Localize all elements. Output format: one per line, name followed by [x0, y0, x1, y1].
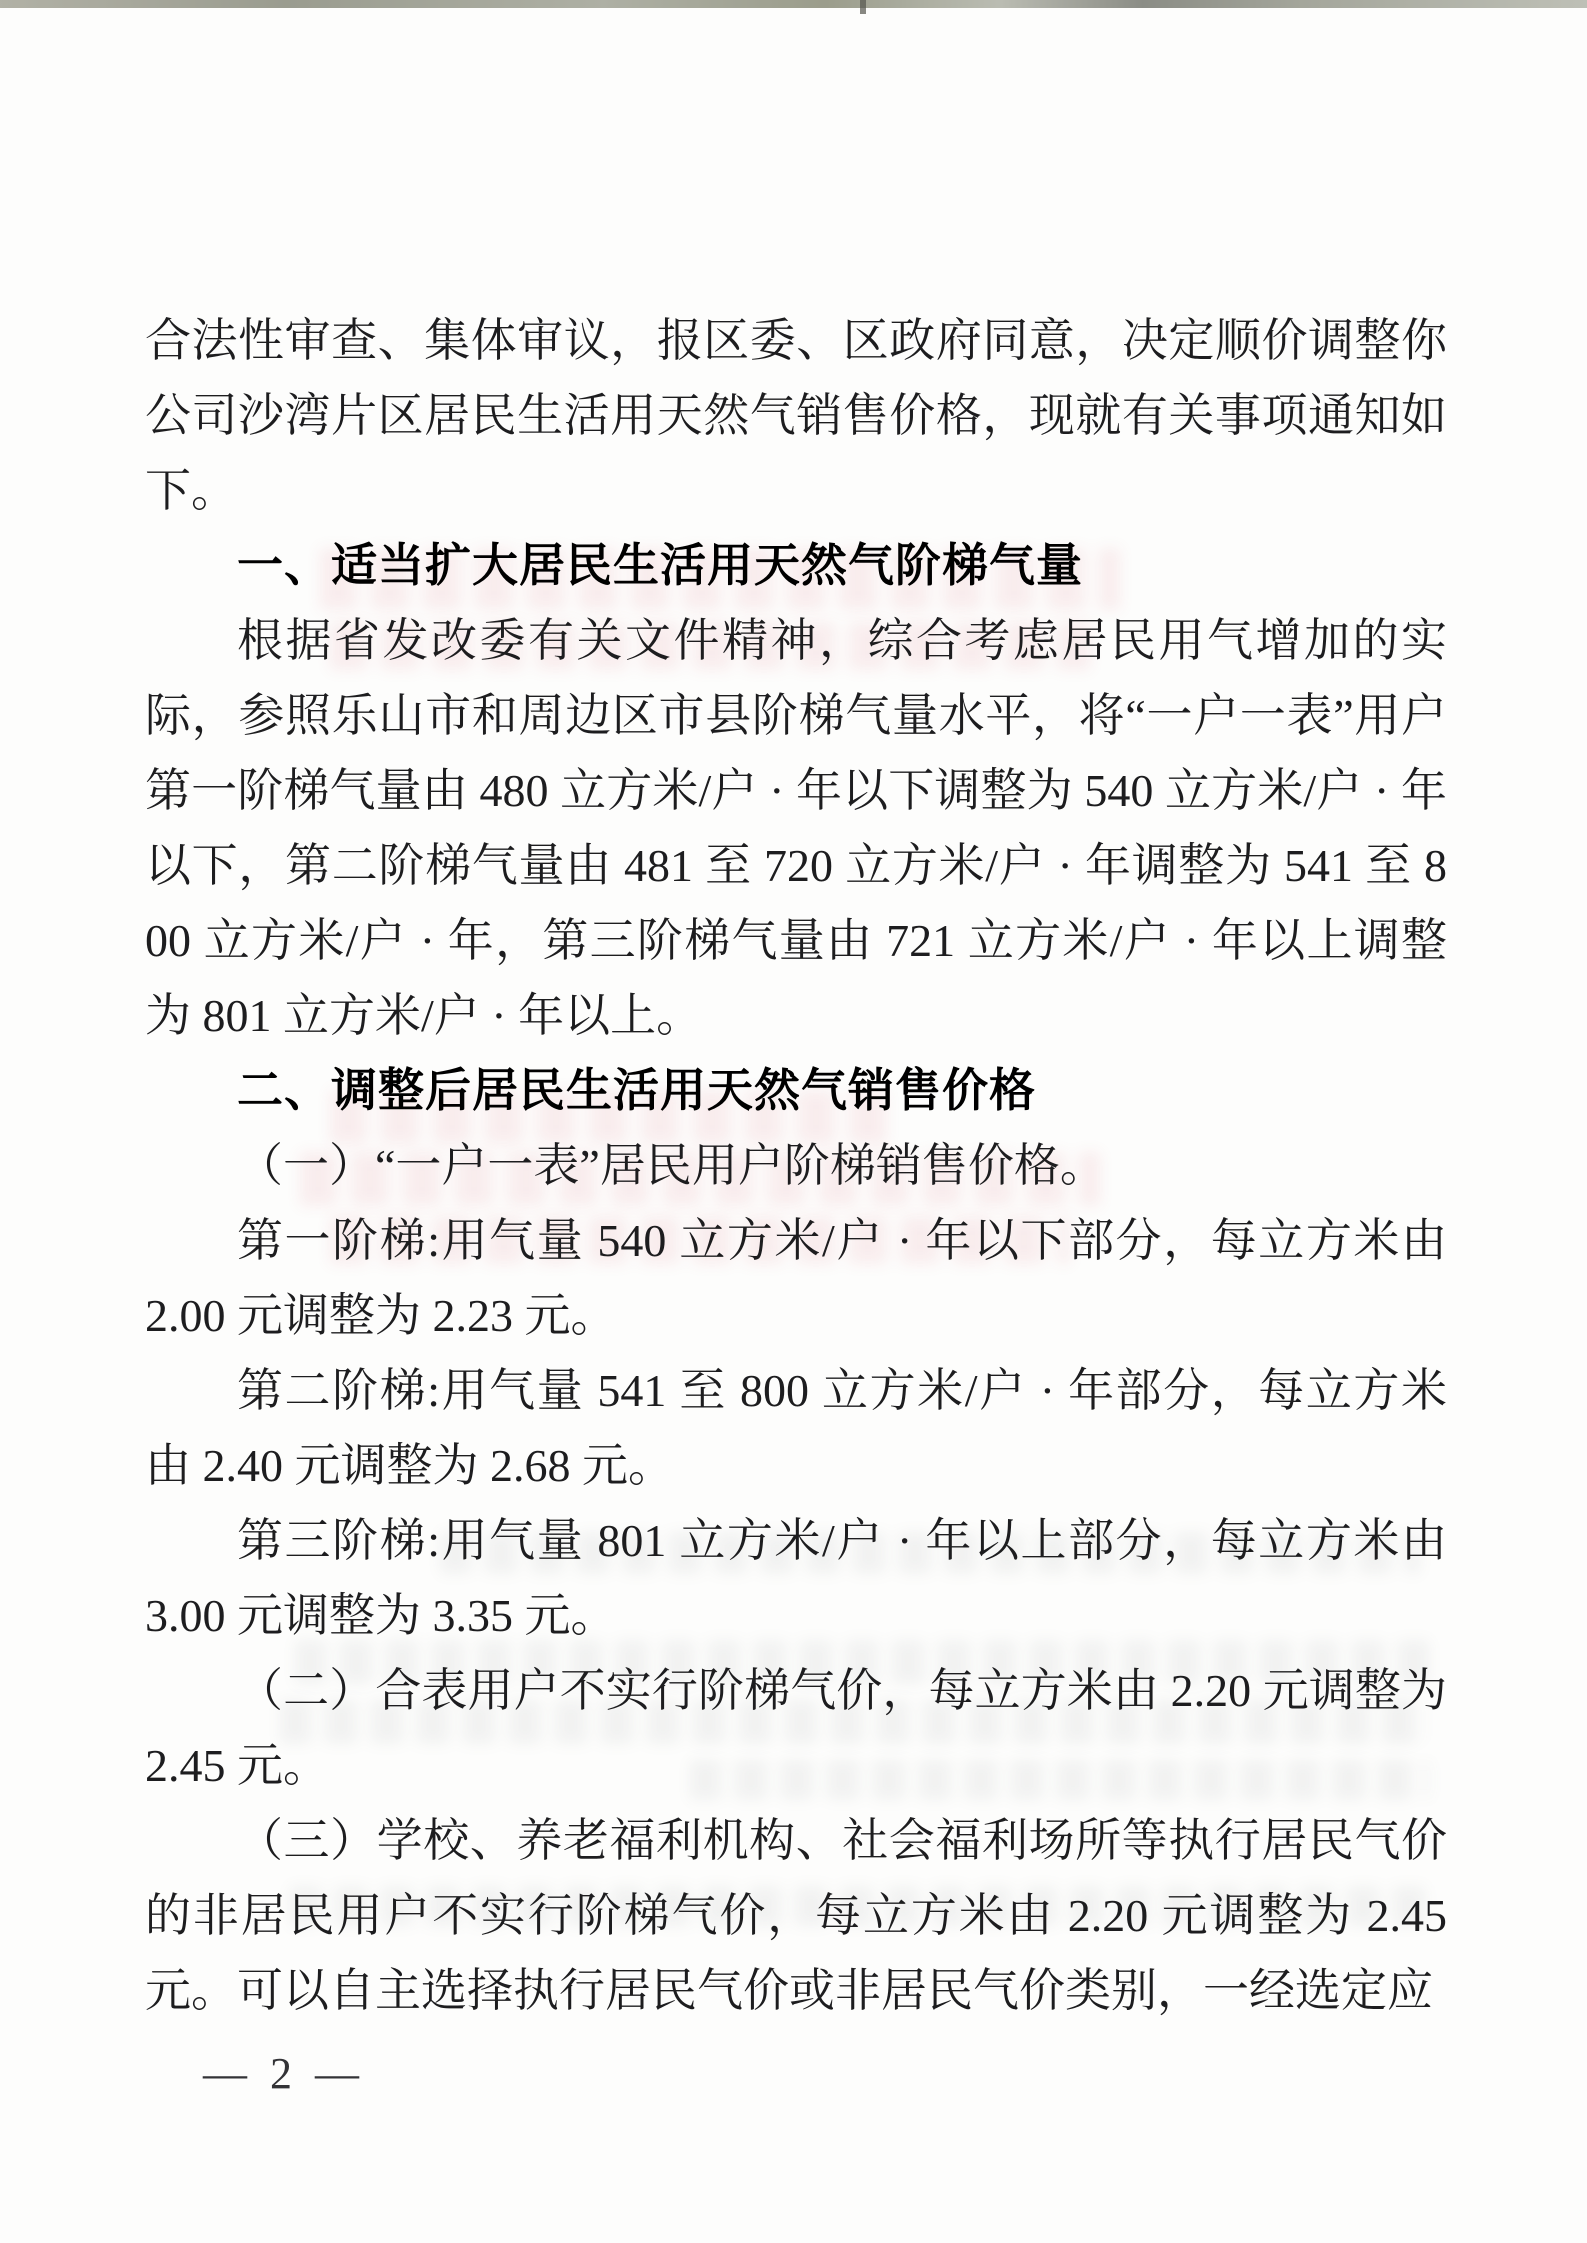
section-1-heading: 一、适当扩大居民生活用天然气阶梯气量: [145, 528, 1447, 603]
paragraph-item-2-shared-meter: （二）合表用户不实行阶梯气价，每立方米由 2.20 元调整为 2.45 元。: [145, 1653, 1447, 1803]
section-2-heading: 二、调整后居民生活用天然气销售价格: [145, 1053, 1447, 1128]
scanned-document-page: 合法性审查、集体审议，报区委、区政府同意，决定顺价调整你公司沙湾片区居民生活用天…: [0, 0, 1587, 2243]
paragraph-item-1-intro: （一）“一户一表”居民用户阶梯销售价格。: [145, 1128, 1447, 1203]
page-number: — 2 —: [203, 2048, 365, 2099]
paragraph-tier2-price: 第二阶梯:用气量 541 至 800 立方米/户 · 年部分，每立方米由 2.4…: [145, 1353, 1447, 1503]
scanner-edge-artifact: [0, 0, 1587, 8]
paragraph-intro-continuation: 合法性审查、集体审议，报区委、区政府同意，决定顺价调整你公司沙湾片区居民生活用天…: [145, 303, 1447, 528]
paragraph-tier-volume-adjustment: 根据省发改委有关文件精神，综合考虑居民用气增加的实际，参照乐山市和周边区市县阶梯…: [145, 603, 1447, 1053]
paragraph-item-3-institutions: （三）学校、养老福利机构、社会福利场所等执行居民气价的非居民用户不实行阶梯气价，…: [145, 1803, 1447, 2028]
document-body: 合法性审查、集体审议，报区委、区政府同意，决定顺价调整你公司沙湾片区居民生活用天…: [145, 303, 1447, 2028]
paragraph-tier3-price: 第三阶梯:用气量 801 立方米/户 · 年以上部分，每立方米由 3.00 元调…: [145, 1503, 1447, 1653]
paragraph-tier1-price: 第一阶梯:用气量 540 立方米/户 · 年以下部分，每立方米由 2.00 元调…: [145, 1203, 1447, 1353]
scanner-edge-mark: [860, 0, 866, 14]
